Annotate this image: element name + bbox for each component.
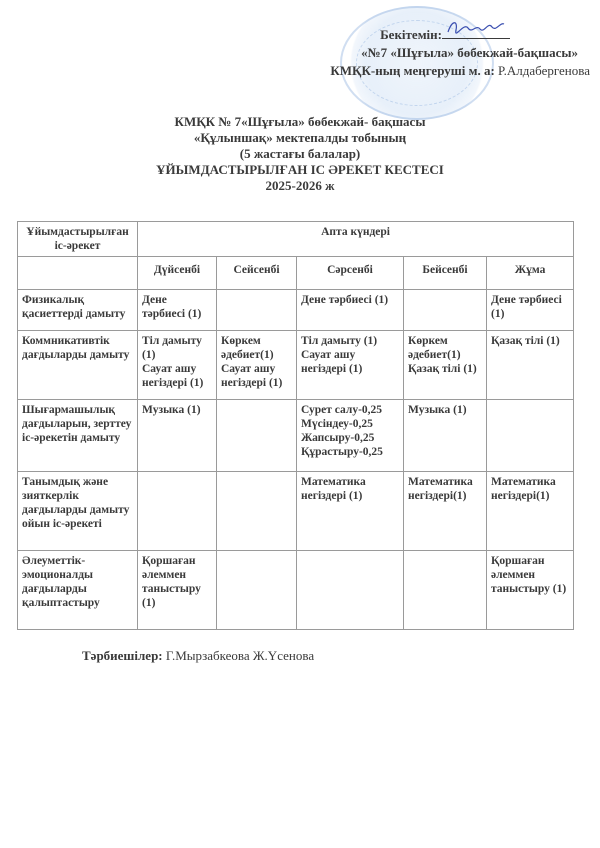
- schedule-cell: Қоршаған әлеммен таныстыру (1): [487, 551, 574, 630]
- lesson-entry: Қоршаған әлеммен таныстыру (1): [491, 554, 569, 596]
- day-thursday: Бейсенбі: [404, 257, 487, 290]
- head-name: Р.Алдабергенова: [498, 63, 590, 78]
- header-row: Ұйымдастырылған іс-әрекет Апта күндері: [18, 222, 574, 257]
- schedule-cell: Математика негіздері(1): [487, 472, 574, 551]
- lesson-entry: Қазақ тілі (1): [491, 334, 569, 348]
- schedule-cell: [217, 551, 297, 630]
- organization-name: «№7 «Шұғыла» бөбекжай-бақшасы»: [330, 44, 578, 62]
- lesson-entry: Математика негіздері (1): [301, 475, 399, 503]
- days-row: Дүйсенбі Сейсенбі Сәрсенбі Бейсенбі Жұма: [18, 257, 574, 290]
- schedule-cell: Көркем әдебиет(1)Сауат ашу негіздері (1): [217, 331, 297, 400]
- schedule-cell: [217, 400, 297, 472]
- title-line-3: (5 жастағы балалар): [0, 146, 600, 162]
- schedule-cell: [297, 551, 404, 630]
- document-title: КМҚК № 7«Шұғыла» бөбекжай- бақшасы «Құлы…: [0, 114, 600, 194]
- lesson-entry: Қазақ тілі (1): [408, 362, 482, 376]
- schedule-cell: Музыка (1): [138, 400, 217, 472]
- signature-line: [442, 24, 510, 39]
- title-line-1: КМҚК № 7«Шұғыла» бөбекжай- бақшасы: [0, 114, 600, 130]
- schedule-cell: Дене тәрбиесі (1): [487, 290, 574, 331]
- lesson-entry: Музыка (1): [142, 403, 212, 417]
- schedule-cell: Математика негіздері(1): [404, 472, 487, 551]
- table-row: Танымдық және зияткерлік дағдыларды дамы…: [18, 472, 574, 551]
- lesson-entry: Математика негіздері(1): [408, 475, 482, 503]
- lesson-entry: Тіл дамыту (1): [142, 334, 212, 362]
- title-line-5: 2025-2026 ж: [0, 178, 600, 194]
- lesson-entry: Мүсіндеу-0,25: [301, 417, 399, 431]
- schedule-cell: [217, 472, 297, 551]
- lesson-entry: Сауат ашу негіздері (1): [221, 362, 292, 390]
- teachers-names: Г.Мырзабкеова Ж.Үсенова: [166, 648, 314, 663]
- approval-block: Бекітемін: «№7 «Шұғыла» бөбекжай-бақшасы…: [330, 24, 590, 80]
- activity-cell: Әлеуметтік-эмоционалды дағдыларды қалыпт…: [18, 551, 138, 630]
- schedule-cell: Қоршаған әлеммен таныстыру (1): [138, 551, 217, 630]
- schedule-cell: [404, 551, 487, 630]
- lesson-entry: Көркем әдебиет(1): [221, 334, 292, 362]
- day-tuesday: Сейсенбі: [217, 257, 297, 290]
- lesson-entry: Қоршаған әлеммен таныстыру (1): [142, 554, 212, 610]
- lesson-entry: Сурет салу-0,25: [301, 403, 399, 417]
- lesson-entry: Дене тәрбиесі (1): [142, 293, 212, 321]
- table-row: Әлеуметтік-эмоционалды дағдыларды қалыпт…: [18, 551, 574, 630]
- schedule-cell: [487, 400, 574, 472]
- schedule-cell: Көркем әдебиет(1)Қазақ тілі (1): [404, 331, 487, 400]
- schedule-cell: Музыка (1): [404, 400, 487, 472]
- approval-label: Бекітемін:: [380, 27, 442, 42]
- schedule-cell: Тіл дамыту (1)Сауат ашу негіздері (1): [138, 331, 217, 400]
- lesson-entry: Математика негіздері(1): [491, 475, 569, 503]
- title-line-4: ҰЙЫМДАСТЫРЫЛҒАН ІС ӘРЕКЕТ КЕСТЕСІ: [0, 162, 600, 178]
- lesson-entry: Музыка (1): [408, 403, 482, 417]
- table-row: Физикалық қасиеттерді дамытуДене тәрбиес…: [18, 290, 574, 331]
- table-row: Шығармашылық дағдыларын, зерттеу іс-әрек…: [18, 400, 574, 472]
- schedule-cell: Математика негіздері (1): [297, 472, 404, 551]
- lesson-entry: Жапсыру-0,25: [301, 431, 399, 445]
- lesson-entry: Сауат ашу негіздері (1): [301, 348, 399, 376]
- teachers-label: Тәрбиешілер:: [82, 648, 163, 663]
- day-wednesday: Сәрсенбі: [297, 257, 404, 290]
- activity-header: Ұйымдастырылған іс-әрекет: [18, 222, 138, 257]
- table-row: Коммникативтік дағдыларды дамытуТіл дамы…: [18, 331, 574, 400]
- activity-cell: Физикалық қасиеттерді дамыту: [18, 290, 138, 331]
- schedule-cell: Дене тәрбиесі (1): [297, 290, 404, 331]
- schedule-cell: Қазақ тілі (1): [487, 331, 574, 400]
- empty-cell: [18, 257, 138, 290]
- activity-cell: Коммникативтік дағдыларды дамыту: [18, 331, 138, 400]
- lesson-entry: Құрастыру-0,25: [301, 445, 399, 459]
- lesson-entry: Тіл дамыту (1): [301, 334, 399, 348]
- days-header: Апта күндері: [138, 222, 574, 257]
- teachers-footer: Тәрбиешілер: Г.Мырзабкеова Ж.Үсенова: [82, 648, 314, 664]
- schedule-table: Ұйымдастырылған іс-әрекет Апта күндері Д…: [17, 221, 574, 630]
- signature-icon: [446, 18, 506, 36]
- schedule-cell: Дене тәрбиесі (1): [138, 290, 217, 331]
- schedule-cell: [138, 472, 217, 551]
- lesson-entry: Дене тәрбиесі (1): [491, 293, 569, 321]
- activity-cell: Танымдық және зияткерлік дағдыларды дамы…: [18, 472, 138, 551]
- head-label: КМҚК-ның меңгеруші м. а:: [330, 63, 494, 78]
- schedule-cell: [404, 290, 487, 331]
- title-line-2: «Құлыншақ» мектепалды тобының: [0, 130, 600, 146]
- lesson-entry: Көркем әдебиет(1): [408, 334, 482, 362]
- schedule-cell: Тіл дамыту (1)Сауат ашу негіздері (1): [297, 331, 404, 400]
- lesson-entry: Дене тәрбиесі (1): [301, 293, 399, 307]
- schedule-cell: [217, 290, 297, 331]
- day-monday: Дүйсенбі: [138, 257, 217, 290]
- lesson-entry: Сауат ашу негіздері (1): [142, 362, 212, 390]
- schedule-cell: Сурет салу-0,25Мүсіндеу-0,25Жапсыру-0,25…: [297, 400, 404, 472]
- activity-cell: Шығармашылық дағдыларын, зерттеу іс-әрек…: [18, 400, 138, 472]
- day-friday: Жұма: [487, 257, 574, 290]
